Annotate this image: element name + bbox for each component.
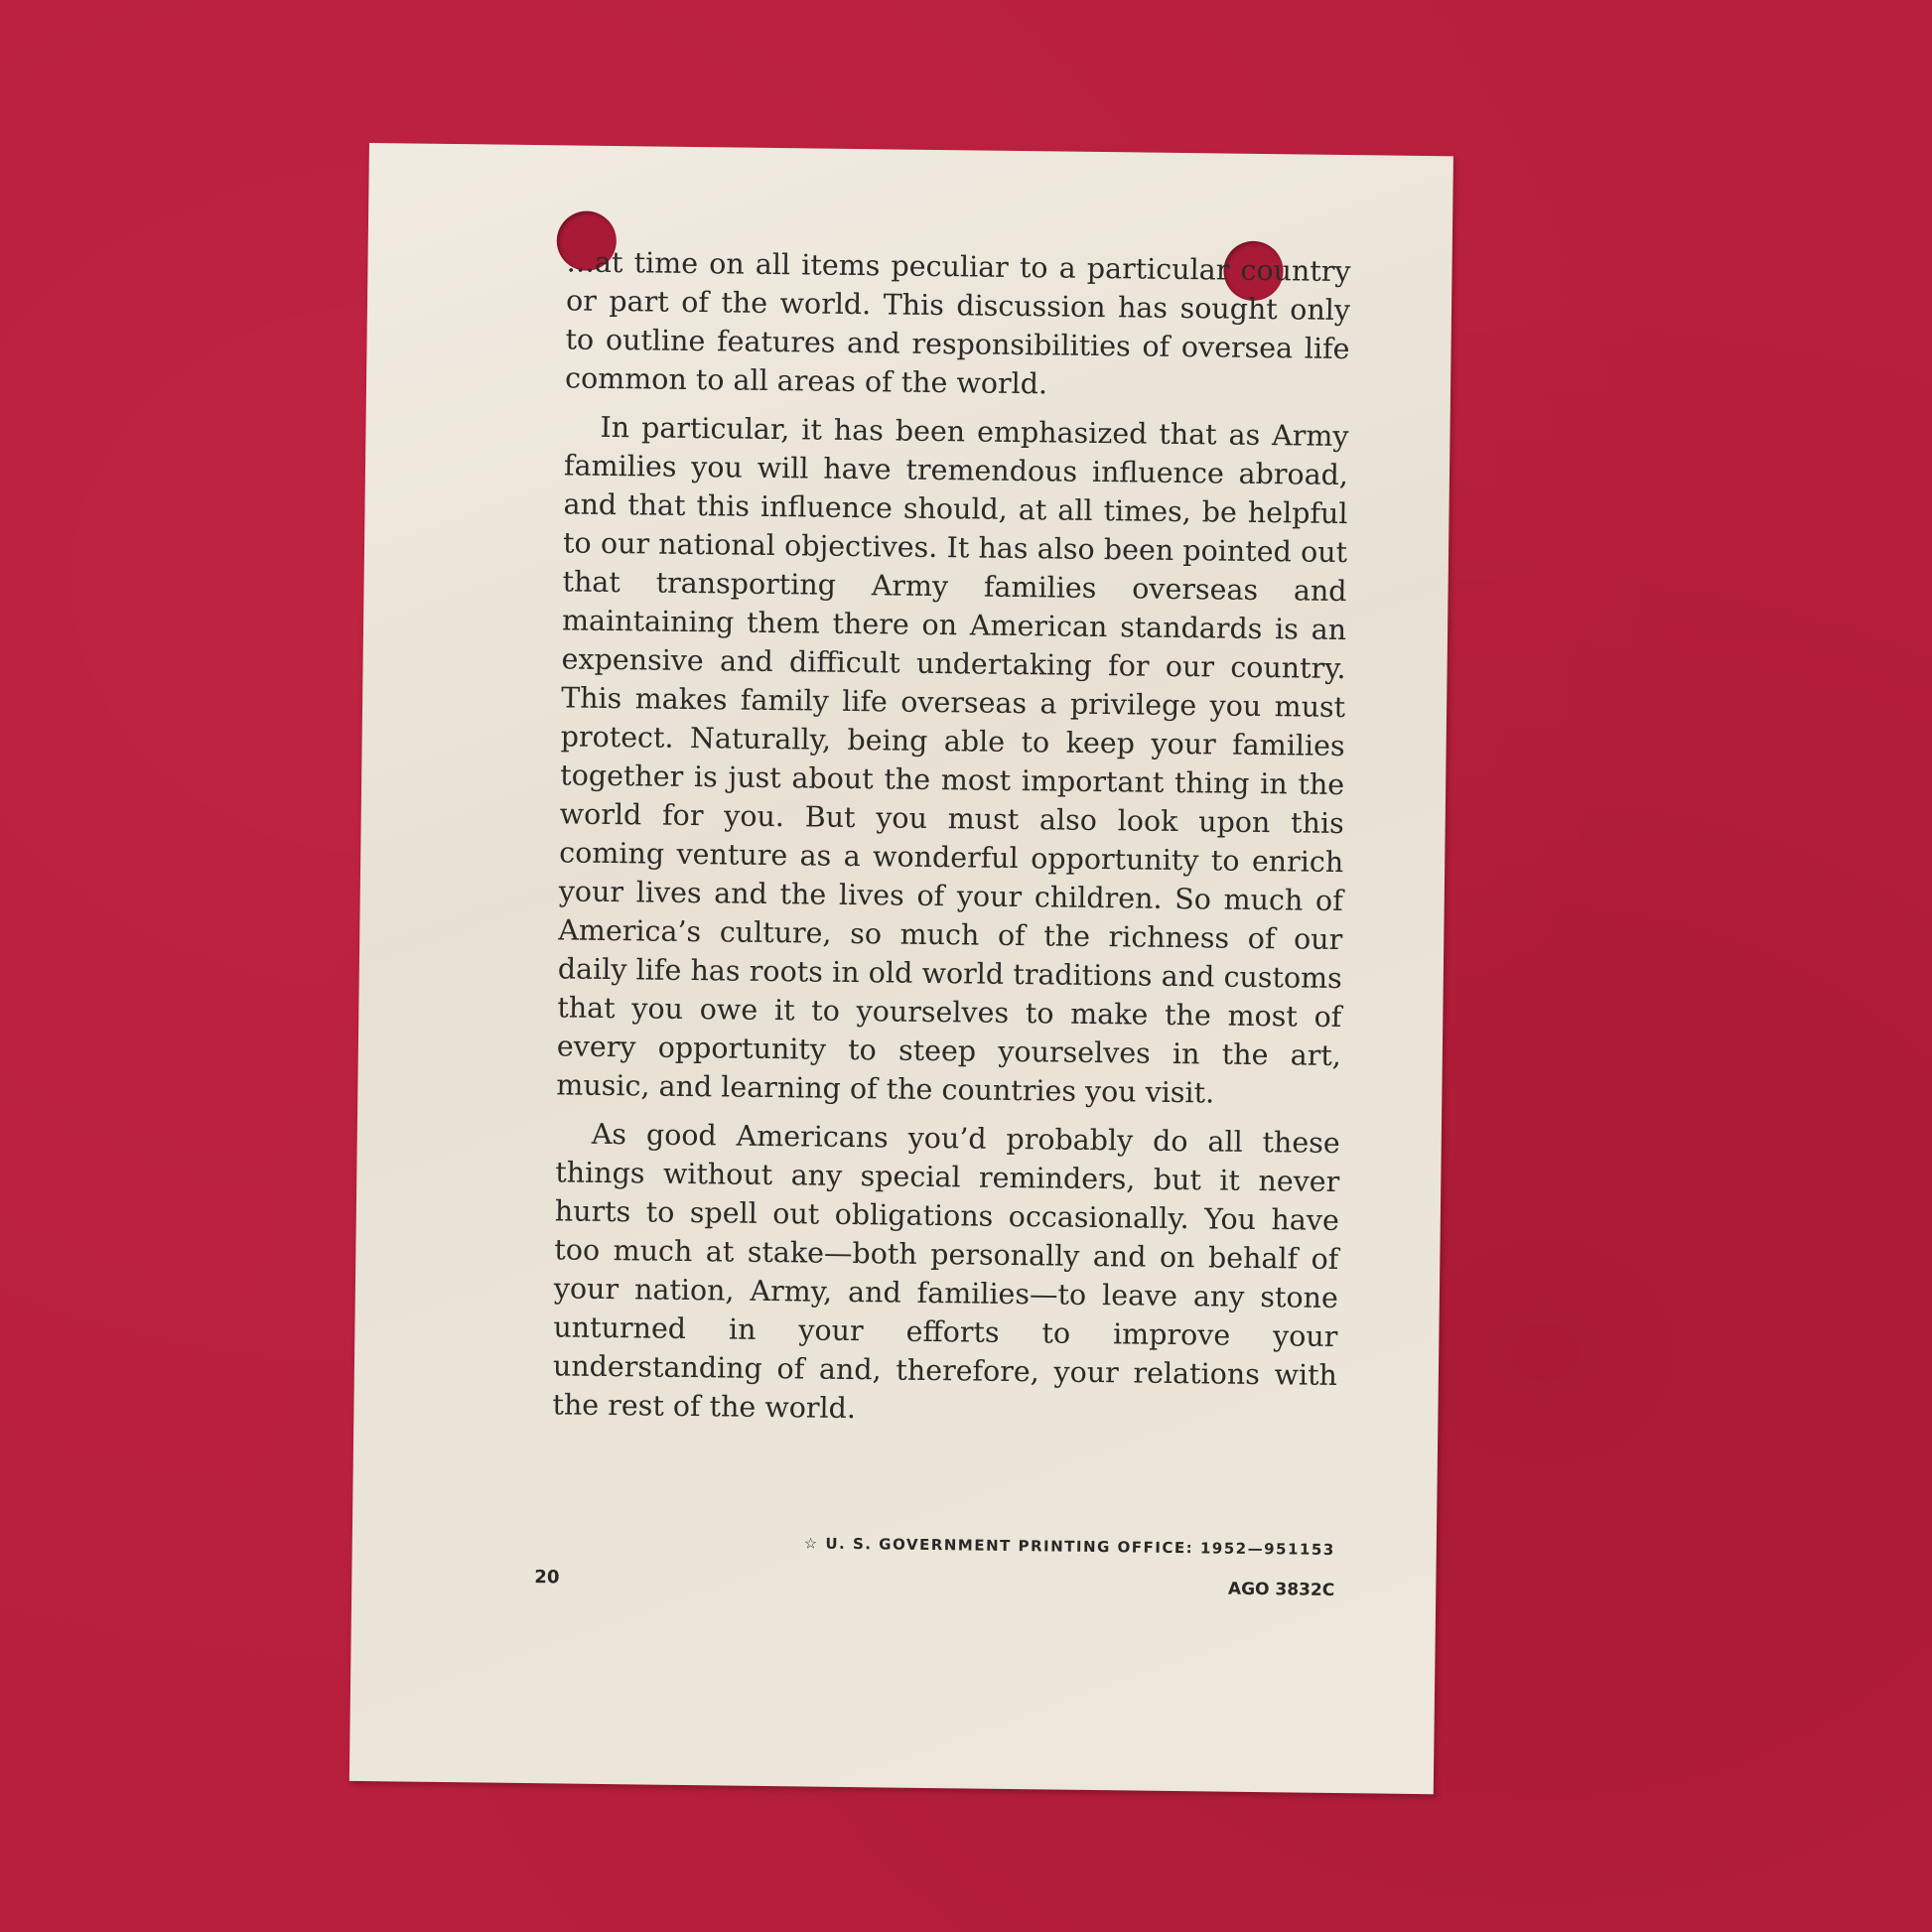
paragraph-1: …at time on all items peculiar to a part… <box>565 242 1351 407</box>
form-number: AGO 3832C <box>1175 1579 1334 1600</box>
paragraph-2: In particular, it has been emphasized th… <box>556 407 1349 1114</box>
body-text: …at time on all items peculiar to a part… <box>552 242 1351 1444</box>
paragraph-3: As good Americans you’d probably do all … <box>552 1114 1340 1434</box>
printing-office-imprint: ☆ U. S. GOVERNMENT PRINTING OFFICE: 1952… <box>710 1533 1335 1559</box>
document-page: …at time on all items peculiar to a part… <box>349 143 1453 1794</box>
page-number: 20 <box>534 1567 559 1587</box>
